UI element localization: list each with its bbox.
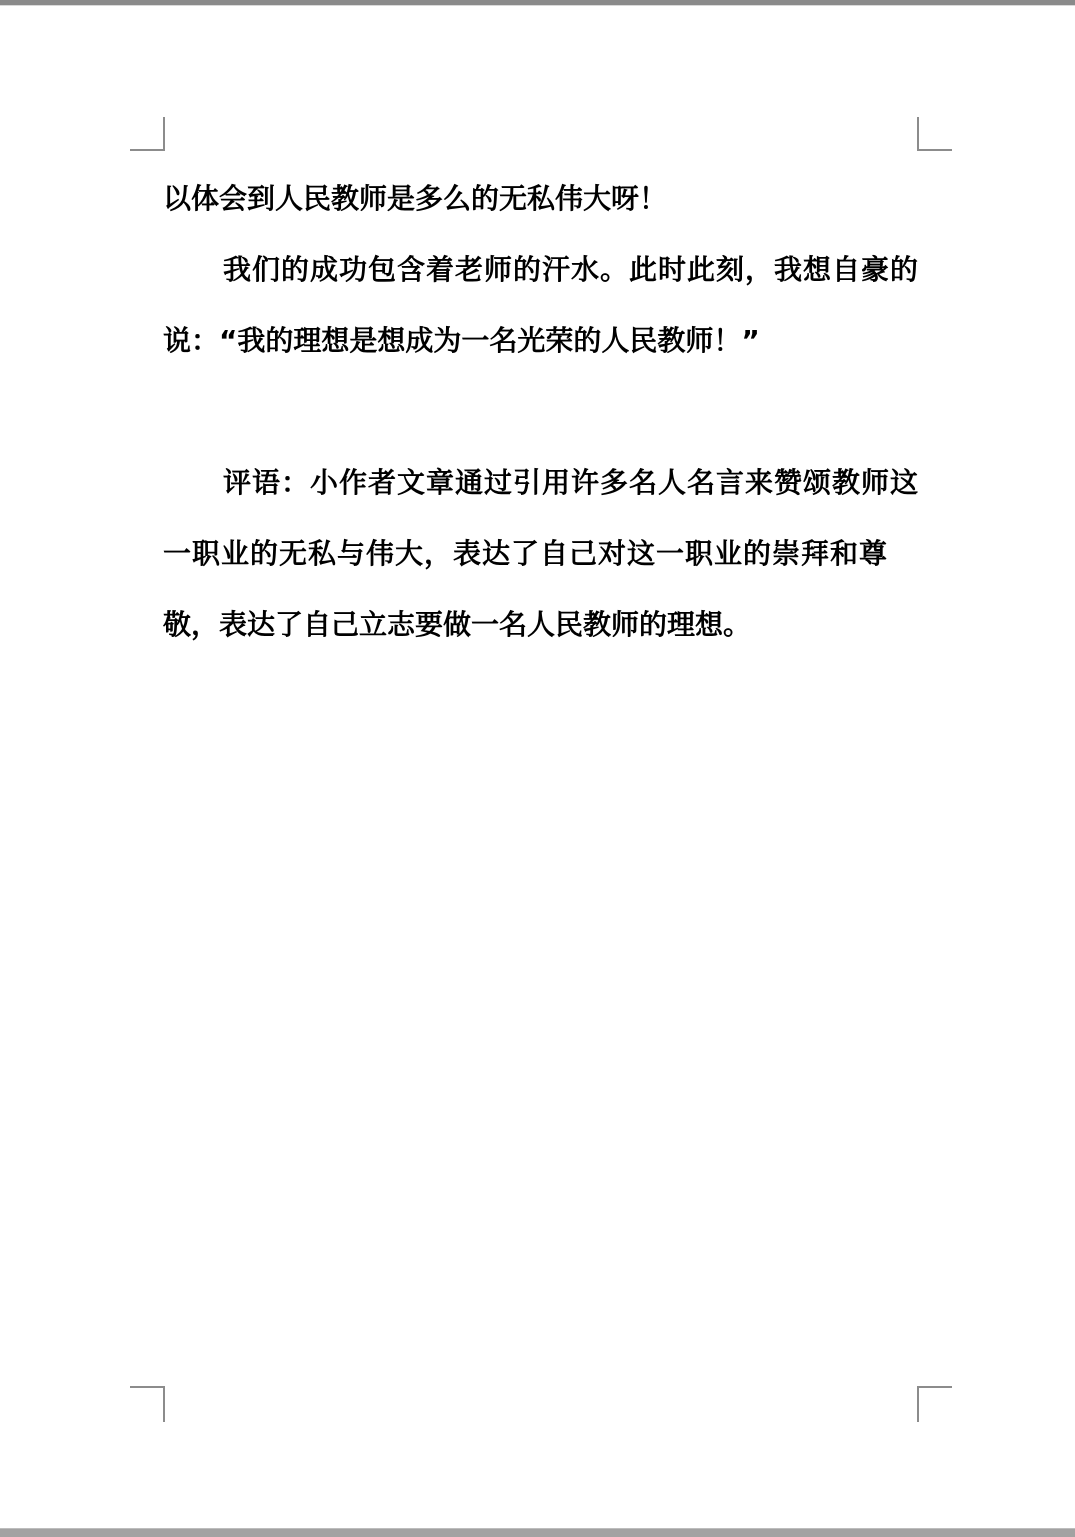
crop-mark-top-right [917,117,952,151]
document-text: 以体会到人民教师是多么的无私伟大呀！我们的成功包含着老师的汗水。此时此刻，我想自… [163,163,917,660]
crop-mark-bottom-right [917,1386,952,1422]
top-edge-bar [0,0,1075,6]
crop-mark-top-left [130,117,165,151]
bottom-edge-bar [0,1528,1075,1537]
text-line: 敬，表达了自己立志要做一名人民教师的理想。 [163,589,917,660]
text-line: 一职业的无私与伟大，表达了自己对这一职业的崇拜和尊 [163,518,917,589]
text-line: 说：“我的理想是想成为一名光荣的人民教师！” [163,305,917,376]
text-line: 我们的成功包含着老师的汗水。此时此刻，我想自豪的 [163,234,917,305]
text-line [163,376,917,447]
text-line: 以体会到人民教师是多么的无私伟大呀！ [163,163,917,234]
crop-mark-bottom-left [130,1386,165,1422]
text-line: 评语：小作者文章通过引用许多名人名言来赞颂教师这 [163,447,917,518]
page: { "page": { "background": "#ffffff", "to… [0,0,1075,1537]
